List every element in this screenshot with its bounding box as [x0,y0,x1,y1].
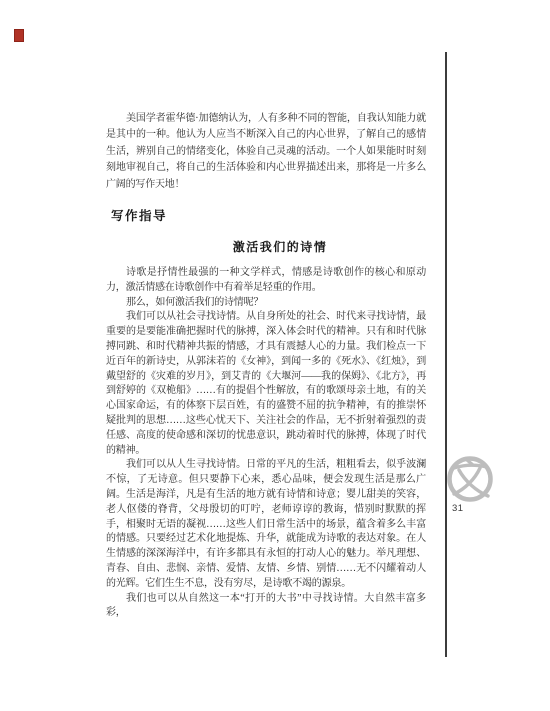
article-title: 激活我们的诗情 [106,240,426,254]
book-page: 美国学者霍华德·加德纳认为，人有多种不同的智能，自我认知能力就是其中的一种。他认… [0,0,550,711]
body-paragraph-1: 诗歌是抒情性最强的一种文学样式，情感是诗歌创作的核心和原动力，激活情感在诗歌创作… [106,266,426,296]
margin-rule-line [445,52,447,657]
page-number: 31 [452,503,464,514]
publisher-seal-icon [447,452,495,508]
section-heading: 写作指导 [111,208,426,224]
intro-paragraph: 美国学者霍华德·加德纳认为，人有多种不同的智能，自我认知能力就是其中的一种。他认… [106,111,426,193]
body-paragraph-4: 我们可以从人生寻找诗情。日常的平凡的生活，粗粗看去，似乎波澜不惊，了无诗意。但只… [106,458,426,591]
body-paragraph-2: 那么，如何激活我们的诗情呢？ [106,296,426,311]
text-column: 美国学者霍华德·加德纳认为，人有多种不同的智能，自我认知能力就是其中的一种。他认… [106,111,426,621]
red-marker-icon [14,29,24,42]
body-paragraph-5: 我们也可以从自然这一本“打开的大书”中寻找诗情。大自然丰富多彩， [106,592,426,622]
body-paragraph-3: 我们可以从社会寻找诗情。从自身所处的社会、时代来寻找诗情，最重要的是要能准确把握… [106,310,426,458]
